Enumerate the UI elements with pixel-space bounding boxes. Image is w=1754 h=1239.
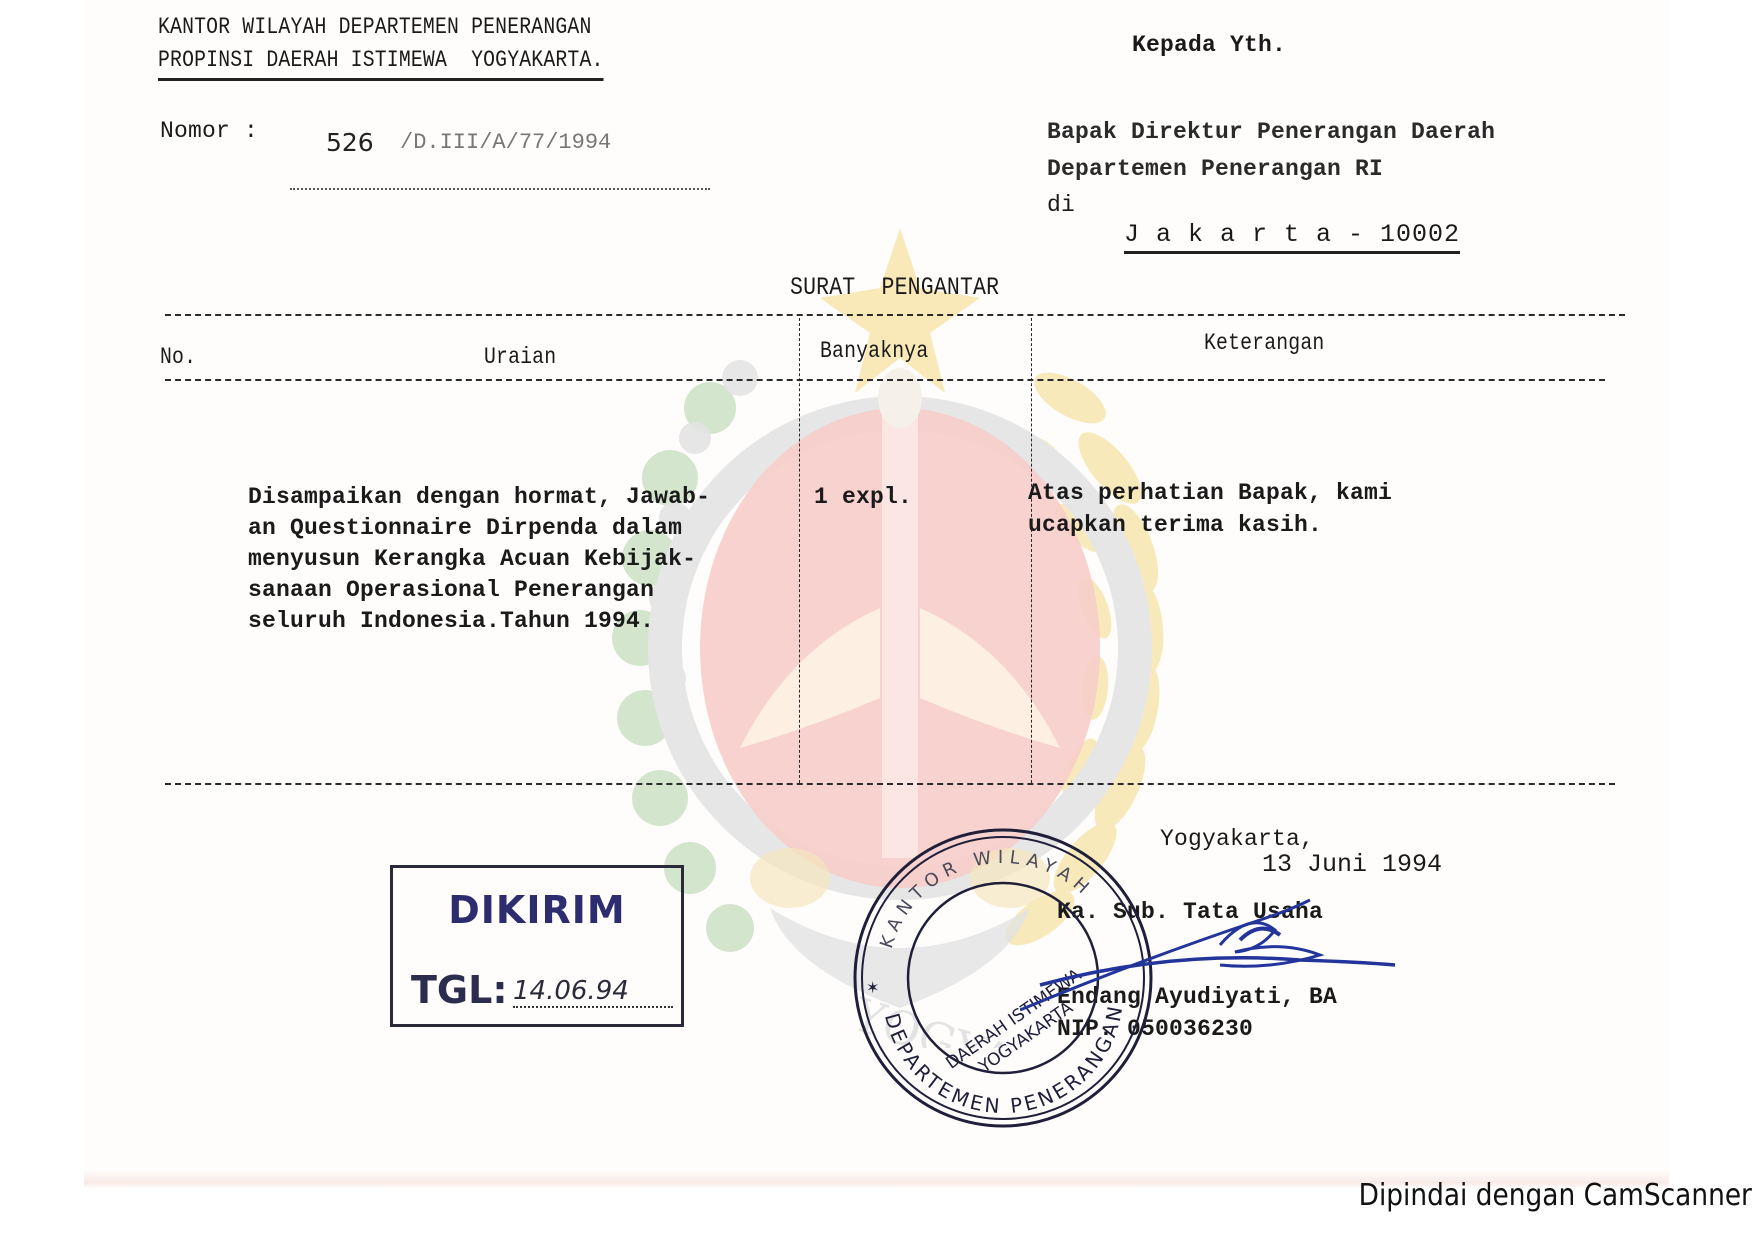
sent-stamp-title: DIKIRIM <box>393 888 681 932</box>
sent-stamp-date-value: 14.06.94 <box>513 976 673 1008</box>
nomor-code: /D.III/A/77/1994 <box>400 130 611 155</box>
recipient-city: J a k a r t a - 10002 <box>1124 220 1460 254</box>
table-header-uraian: Uraian <box>484 342 556 373</box>
keterangan-line-2: ucapkan terima kasih. <box>1028 510 1322 541</box>
recipient-line-2: Departemen Penerangan RI <box>1047 154 1383 185</box>
table-header-banyaknya: Banyaknya <box>820 336 928 367</box>
uraian-line-2: an Questionnaire Dirpenda dalam <box>248 513 682 544</box>
table-header-no: No. <box>160 342 196 373</box>
signature-icon <box>1020 890 1400 1020</box>
uraian-line-1: Disampaikan dengan hormat, Jawab- <box>248 482 710 513</box>
table-top-rule <box>165 314 1625 316</box>
recipient-greeting: Kepada Yth. <box>1132 30 1286 61</box>
uraian-line-3: menyusun Kerangka Acuan Kebijak- <box>248 544 696 575</box>
sent-stamp-date-label: TGL: <box>411 968 508 1012</box>
banyaknya-value: 1 expl. <box>814 482 912 513</box>
document-title: SURAT PENGANTAR <box>790 272 999 303</box>
svg-text:✶: ✶ <box>866 978 879 997</box>
column-divider-2 <box>1031 318 1032 783</box>
column-divider-1 <box>799 318 800 783</box>
closing-date: 13 Juni 1994 <box>1262 850 1442 879</box>
nomor-number: 526 <box>326 128 374 157</box>
scanner-watermark: Dipindai dengan CamScanner <box>1359 1178 1752 1213</box>
table-bottom-rule <box>165 783 1615 785</box>
recipient-line-1: Bapak Direktur Penerangan Daerah <box>1047 117 1495 148</box>
uraian-line-4: sanaan Operasional Penerangan <box>248 575 654 606</box>
sender-line-2: PROPINSI DAERAH ISTIMEWA YOGYAKARTA. <box>158 45 604 81</box>
nomor-label: Nomor : <box>160 116 258 147</box>
nomor-field: 526 /D.III/A/77/1994 <box>290 134 710 190</box>
table-header-rule <box>165 379 1605 381</box>
table-header-keterangan: Keterangan <box>1204 328 1324 359</box>
sender-line-1: KANTOR WILAYAH DEPARTEMEN PENERANGAN <box>158 12 592 43</box>
keterangan-line-1: Atas perhatian Bapak, kami <box>1028 478 1392 509</box>
uraian-line-5: seluruh Indonesia.Tahun 1994. <box>248 606 654 637</box>
sent-stamp: DIKIRIM TGL: 14.06.94 <box>390 865 684 1027</box>
recipient-line-3: di <box>1047 190 1075 221</box>
